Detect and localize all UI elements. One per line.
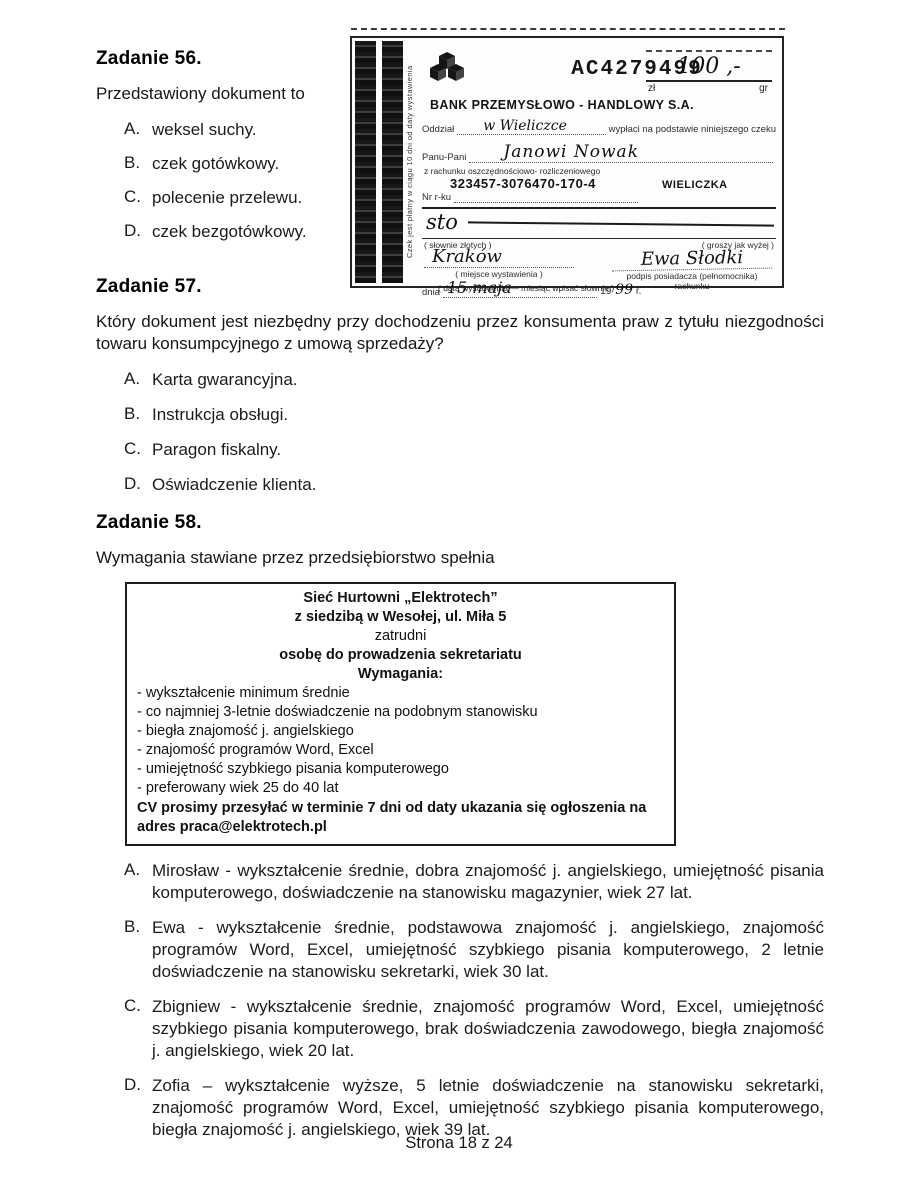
task-58-option-a: A. Mirosław - wykształcenie średnie, dob… xyxy=(124,860,824,904)
handwritten-strike-line xyxy=(468,221,774,226)
option-text: Mirosław - wykształcenie średnie, dobra … xyxy=(152,860,824,904)
cheque-image: Czek jest płatny w ciągu 10 dni od daty … xyxy=(347,28,785,288)
task-58-option-d: D. Zofia – wykształcenie wyższe, 5 letni… xyxy=(124,1075,824,1141)
job-ad-box: Sieć Hurtowni „Elektrotech” z siedzibą w… xyxy=(125,582,676,846)
account-row: Nr r-ku xyxy=(422,192,641,203)
ad-cv-note: CV prosimy przesyłać w terminie 7 dni od… xyxy=(137,799,664,837)
option-letter: D. xyxy=(124,1075,152,1141)
account-label: Nr r-ku xyxy=(422,192,451,203)
branch-row: Oddział w Wieliczce wypłaci na podstawie… xyxy=(422,118,776,135)
cheque-side-note: Czek jest płatny w ciągu 10 dni od daty … xyxy=(405,44,417,280)
bank-logo-icon xyxy=(430,52,464,90)
option-letter: A. xyxy=(124,860,152,904)
amount-dashed-line xyxy=(646,50,772,52)
pay-note: wypłaci na podstawie niniejszego czeku xyxy=(609,124,776,135)
payee-dotted-line: Janowi Nowak xyxy=(469,142,773,163)
option-text: Zbigniew - wykształcenie średnie, znajom… xyxy=(152,996,824,1062)
ad-hires-line: zatrudni xyxy=(137,627,664,646)
payee-handwritten: Janowi Nowak xyxy=(469,142,639,162)
exam-page: Zadanie 56. Przedstawiony dokument to A.… xyxy=(0,0,918,1188)
option-letter: C. xyxy=(124,996,152,1062)
payee-label: Panu-Pani xyxy=(422,152,466,163)
branch-handwritten: w Wieliczce xyxy=(457,118,567,134)
task-58-section: Zadanie 58. Wymagania stawiane przez prz… xyxy=(96,512,824,1154)
option-letter: D. xyxy=(124,221,152,243)
amount-words-bottom-rule xyxy=(422,238,776,239)
option-letter: A. xyxy=(124,119,152,141)
guilloche-band xyxy=(355,41,376,283)
payee-row: Panu-Pani Janowi Nowak xyxy=(422,142,776,163)
amount-words-top-rule xyxy=(422,207,776,209)
page-number: Strona 18 z 24 xyxy=(0,1134,918,1153)
cheque-perforation-line xyxy=(351,28,785,30)
option-letter: C. xyxy=(124,187,152,209)
ad-requirements-heading: Wymagania: xyxy=(137,665,664,684)
task-57-question: Który dokument jest niezbędny przy docho… xyxy=(96,311,824,355)
task-56-option-a: A. weksel suchy. xyxy=(124,119,352,141)
task-56-options: A. weksel suchy. B. czek gotówkowy. C. p… xyxy=(96,119,352,243)
branch-label: Oddział xyxy=(422,124,454,135)
signature-handwritten: Ewa Słodki xyxy=(612,247,772,272)
ad-company-name: Sieć Hurtowni „Elektrotech” xyxy=(137,589,664,608)
task-57-options: A. Karta gwarancyjna. B. Instrukcja obsł… xyxy=(96,369,824,496)
guilloche-band xyxy=(382,41,403,283)
task-57-option-c: C. Paragon fiskalny. xyxy=(124,439,824,461)
ad-requirement: - co najmniej 3-letnie doświadczenie na … xyxy=(137,703,664,722)
ad-requirement: - biegła znajomość j. angielskiego xyxy=(137,722,664,741)
ad-requirement: - umiejętność szybkiego pisania komputer… xyxy=(137,760,664,779)
cheque-body: Czek jest płatny w ciągu 10 dni od daty … xyxy=(350,36,784,288)
option-letter: C. xyxy=(124,439,152,461)
ad-company-address: z siedzibą w Wesołej, ul. Miła 5 xyxy=(137,608,664,627)
amount-words-handwritten: sto xyxy=(426,210,468,234)
task-57-option-b: B. Instrukcja obsługi. xyxy=(124,404,824,426)
place-handwritten: Kraków xyxy=(424,246,574,268)
option-text: Karta gwarancyjna. xyxy=(152,369,824,391)
cheque-amount-box: 100 ,- zł gr xyxy=(646,50,772,94)
task-56-intro: Przedstawiony dokument to xyxy=(96,83,352,105)
currency-zl-label: zł xyxy=(648,83,655,94)
task-56-option-c: C. polecenie przelewu. xyxy=(124,187,352,209)
option-text: Instrukcja obsługi. xyxy=(152,404,824,426)
option-text: Zofia – wykształcenie wyższe, 5 letnie d… xyxy=(152,1075,824,1141)
option-text: Paragon fiskalny. xyxy=(152,439,824,461)
account-city: WIELICZKA xyxy=(662,179,728,191)
task-57-option-a: A. Karta gwarancyjna. xyxy=(124,369,824,391)
currency-gr-label: gr xyxy=(759,83,768,94)
option-letter: B. xyxy=(124,917,152,983)
option-letter: A. xyxy=(124,369,152,391)
option-letter: B. xyxy=(124,404,152,426)
task-58-heading: Zadanie 58. xyxy=(96,512,824,534)
task-58-option-b: B. Ewa - wykształcenie średnie, podstawo… xyxy=(124,917,824,983)
ad-requirement: - wykształcenie minimum średnie xyxy=(137,684,664,703)
ad-requirement: - preferowany wiek 25 do 40 lat xyxy=(137,779,664,798)
task-57-section: Zadanie 57. Który dokument jest niezbędn… xyxy=(96,276,824,509)
amount-words-row: sto xyxy=(426,210,774,234)
task-56-option-b: B. czek gotówkowy. xyxy=(124,153,352,175)
option-letter: D. xyxy=(124,474,152,496)
task-58-intro: Wymagania stawiane przez przedsiębiorstw… xyxy=(96,547,824,569)
option-letter: B. xyxy=(124,153,152,175)
place-of-issue: Kraków ( miejsce wystawienia ) xyxy=(424,246,574,279)
branch-dotted-line: w Wieliczce xyxy=(457,118,605,135)
option-text: czek gotówkowy. xyxy=(152,153,352,175)
cheque-content: AC4279499 100 ,- zł gr BANK PRZEMYSŁOWO … xyxy=(422,42,776,282)
task-58-options: A. Mirosław - wykształcenie średnie, dob… xyxy=(96,860,824,1141)
account-type-note: z rachunku oszczędnościowo- rozliczeniow… xyxy=(424,166,600,176)
ad-position: osobę do prowadzenia sekretariatu xyxy=(137,646,664,665)
option-text: polecenie przelewu. xyxy=(152,187,352,209)
ad-requirement: - znajomość programów Word, Excel xyxy=(137,741,664,760)
task-58-option-c: C. Zbigniew - wykształcenie średnie, zna… xyxy=(124,996,824,1062)
task-56-heading: Zadanie 56. xyxy=(96,48,352,70)
task-57-heading: Zadanie 57. xyxy=(96,276,824,298)
task-56-section: Zadanie 56. Przedstawiony dokument to A.… xyxy=(96,48,352,255)
task-57-option-d: D. Oświadczenie klienta. xyxy=(124,474,824,496)
option-text: czek bezgotówkowy. xyxy=(152,221,352,243)
option-text: weksel suchy. xyxy=(152,119,352,141)
bank-name: BANK PRZEMYSŁOWO - HANDLOWY S.A. xyxy=(430,98,694,112)
account-number: 323457-3076470-170-4 xyxy=(450,176,596,191)
currency-labels: zł gr xyxy=(646,82,772,94)
option-text: Oświadczenie klienta. xyxy=(152,474,824,496)
option-text: Ewa - wykształcenie średnie, podstawowa … xyxy=(152,917,824,983)
task-56-option-d: D. czek bezgotówkowy. xyxy=(124,221,352,243)
account-dotted-line xyxy=(454,202,638,203)
cheque-amount-value: 100 ,- xyxy=(646,54,772,82)
